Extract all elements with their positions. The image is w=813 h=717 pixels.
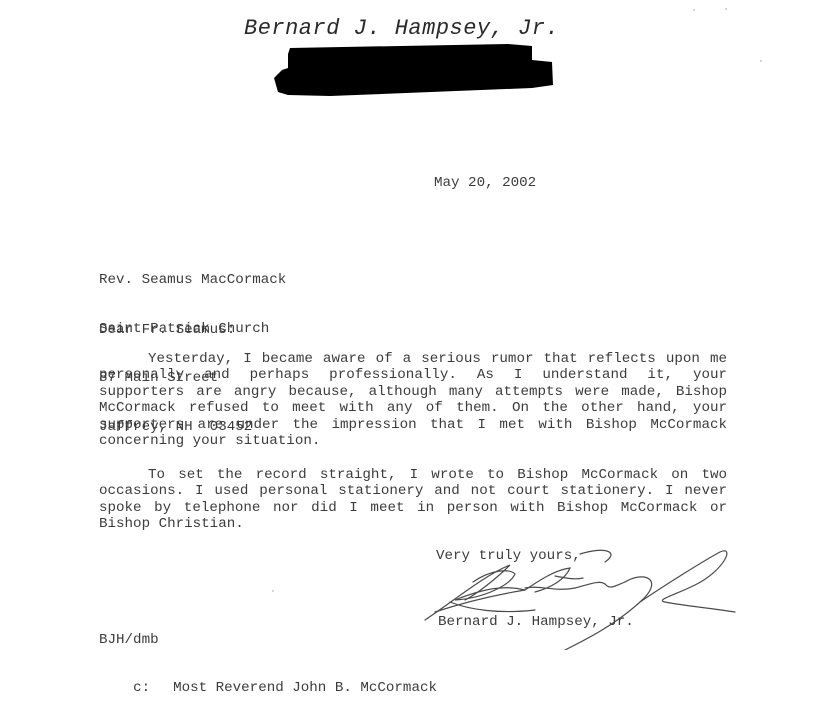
scan-speck (272, 590, 274, 592)
scan-speck (725, 8, 727, 10)
handwritten-signature (415, 540, 745, 650)
redaction-block (270, 40, 555, 100)
scan-speck (760, 60, 762, 62)
cc-label: c: (133, 680, 173, 696)
reference-initials: BJH/dmb (99, 632, 159, 648)
letterhead-name: Bernard J. Hampsey, Jr. (244, 16, 559, 41)
body-paragraph: Yesterday, I became aware of a serious r… (99, 351, 727, 449)
letter-date: May 20, 2002 (434, 175, 536, 191)
carbon-copy: c:Most Reverend John B. McCormack (99, 664, 437, 713)
cc-recipient: Most Reverend John B. McCormack (173, 680, 437, 696)
body-paragraph: To set the record straight, I wrote to B… (99, 467, 727, 533)
recipient-line: Rev. Seamus MacCormack (99, 272, 286, 288)
scan-speck (693, 9, 695, 11)
signer-name: Bernard J. Hampsey, Jr. (438, 614, 634, 630)
salutation: Dear Fr. Seamus: (99, 322, 235, 338)
